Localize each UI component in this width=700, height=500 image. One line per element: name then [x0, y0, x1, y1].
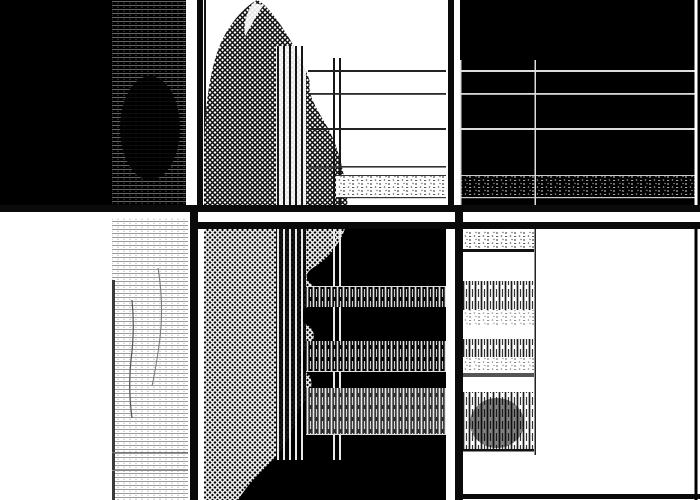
frame-bottom-edge	[456, 494, 700, 499]
frame-row-divider-bottom	[196, 222, 700, 229]
engraving-collage: Monochrome engraving collage	[0, 0, 700, 500]
figure: Monochrome engraving collage	[0, 0, 700, 500]
frame-col-divider-1-top	[197, 0, 203, 212]
frame-col-divider-2-bottom	[455, 212, 463, 500]
frame-col-divider-1-bottom	[190, 212, 198, 500]
frame-row-divider-top	[0, 205, 700, 212]
collage-canvas: Monochrome engraving collage	[0, 0, 700, 500]
frame-col-divider-2-top	[448, 0, 454, 212]
